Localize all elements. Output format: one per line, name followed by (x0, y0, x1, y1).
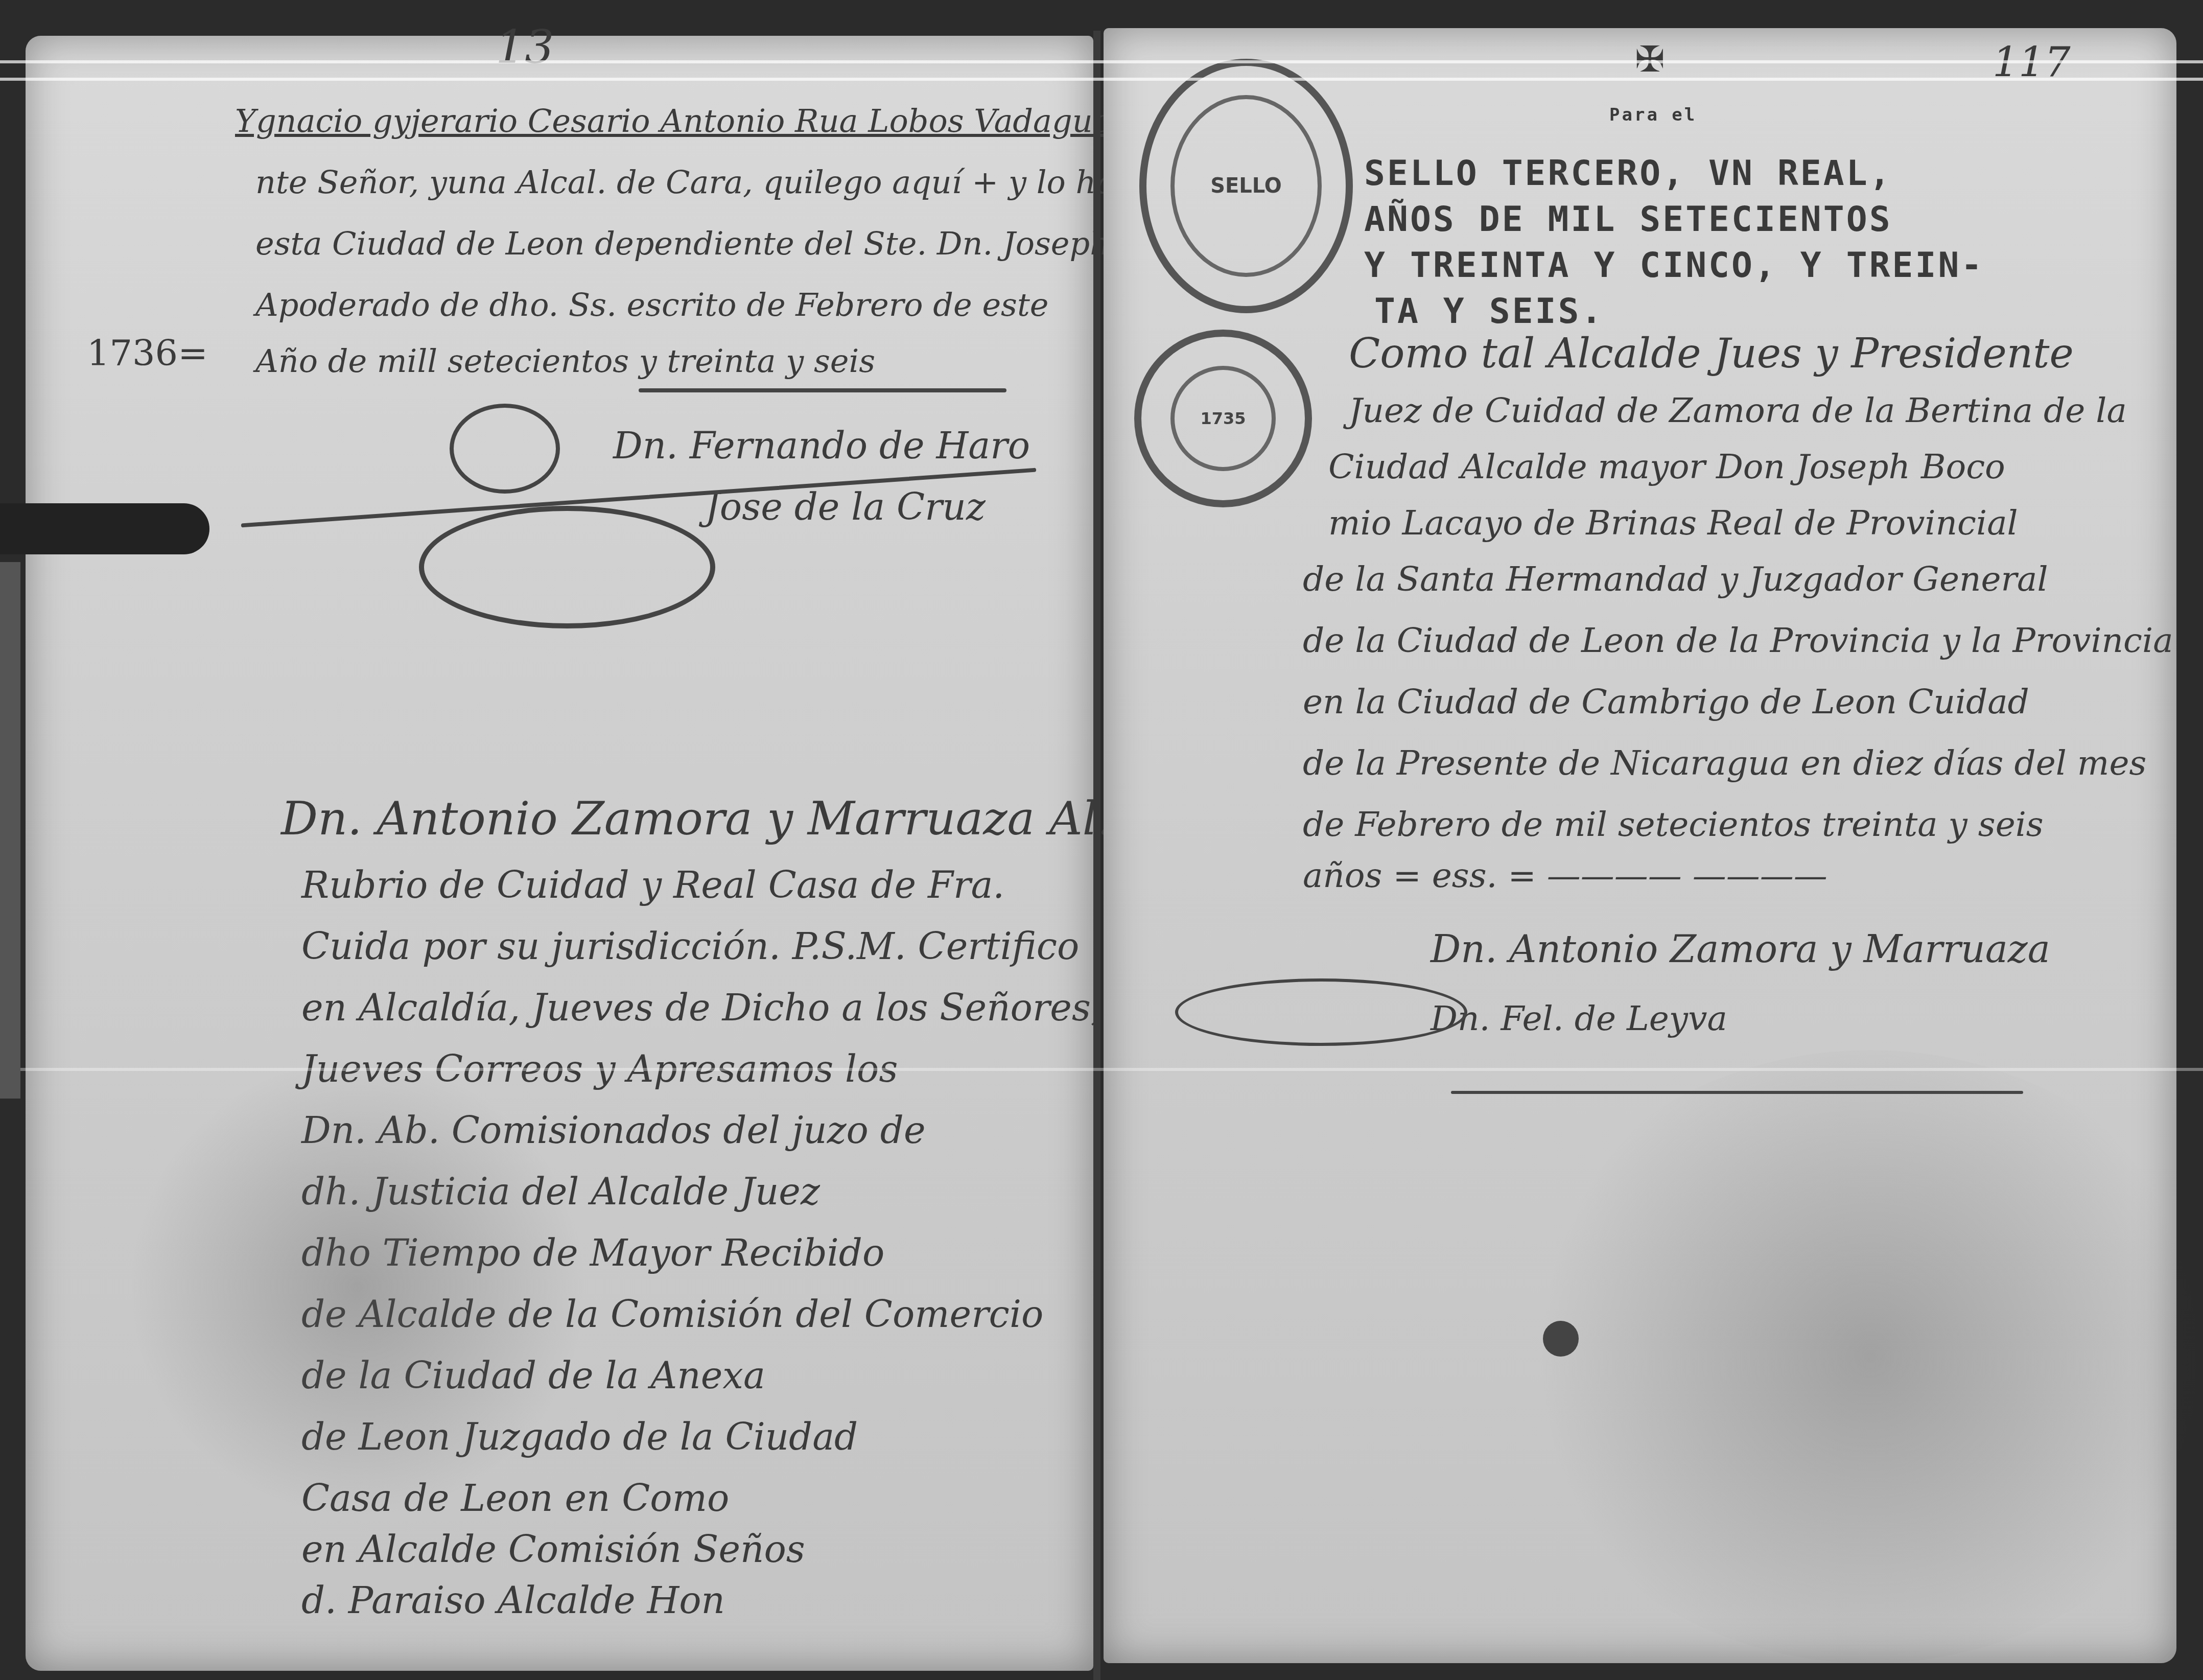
left-top-mark: 13 (496, 20, 554, 74)
right-body-line: de la Presente de Nicaragua en diez días… (1303, 743, 2146, 783)
right-body-line: de la Ciudad de Leon de la Provincia y l… (1303, 621, 2173, 660)
ink-blot (1543, 1321, 1579, 1357)
signature: Dn. Fernando de Haro (613, 424, 1030, 467)
seal-top-text: SELLO (1210, 174, 1282, 198)
left-body-line: d. Paraiso Alcalde Hon (301, 1579, 725, 1622)
left-body-line: Cuida por su jurisdicción. P.S.M. Certif… (301, 925, 1079, 968)
margin-year: 1736= (87, 332, 208, 374)
seal-center-year: 1735 (1200, 409, 1246, 428)
signature-flourish (1175, 978, 1467, 1046)
stamp-seal-top: SELLO (1139, 59, 1353, 313)
stamp-printed-line: SELLO TERCERO, VN REAL, (1364, 153, 1892, 194)
left-body-line: Dn. Antonio Zamora y Marruaza Al. (281, 792, 1112, 846)
left-header-line: Apoderado de dho. Ss. escrito de Febrero… (255, 286, 1049, 323)
right-body-line: años = ess. = ———— ———— (1303, 856, 1827, 895)
left-header-line: Año de mill setecientos y treinta y seis (255, 342, 875, 380)
signature: Dn. Fel. de Leyva (1431, 999, 1727, 1038)
top-cross: ✠ (1635, 38, 1665, 80)
signature-flourish (450, 404, 560, 494)
stamp-small-label: Para el (1609, 105, 1697, 125)
right-body-line: Juez de Cuidad de Zamora de la Bertina d… (1349, 391, 2127, 430)
page-tab-marker (0, 503, 209, 554)
right-body-line: de la Santa Hermandad y Juzgador General (1303, 559, 2048, 599)
stamp-printed-line: AÑOS DE MIL SETECIENTOS (1364, 199, 1892, 240)
right-body-line: Como tal Alcalde Jues y Presidente (1349, 330, 2074, 377)
left-header-line: nte Señor, yuna Alcal. de Cara, quilego … (255, 164, 1185, 201)
left-header-line: esta Ciudad de Leon dependiente del Ste.… (255, 225, 1234, 262)
left-body-line: Rubrio de Cuidad y Real Casa de Fra. (301, 864, 1004, 906)
right-body-line: Ciudad Alcalde mayor Don Joseph Boco (1328, 447, 2005, 486)
right-body-line: en la Ciudad de Cambrigo de Leon Cuidad (1303, 682, 2029, 721)
left-body-line: en Alcaldía, Jueves de Dicho a los Señor… (301, 986, 1103, 1029)
right-body-line: mio Lacayo de Brinas Real de Provincial (1328, 503, 2018, 543)
stamp-seal-lower: 1735 (1134, 330, 1312, 507)
scan-artifact-line (0, 60, 2203, 63)
paper-stain (1512, 1050, 2203, 1663)
left-page: 13 Ygnacio gyjerario Cesario Antonio Rua… (26, 36, 1093, 1671)
right-page: ✠ 117 SELLO Para el SELLO TERCERO, VN RE… (1104, 28, 2176, 1663)
right-body-line: de Febrero de mil setecientos treinta y … (1303, 805, 2044, 844)
paper-stain (128, 1058, 588, 1518)
signature-flourish (419, 506, 715, 628)
book-edge (0, 562, 20, 1099)
scan-artifact-line (0, 78, 2203, 81)
stamp-printed-line: TA Y SEIS. (1374, 291, 1604, 332)
stamp-printed-line: Y TREINTA Y CINCO, Y TREIN- (1364, 245, 1984, 286)
ink-rule (639, 388, 1006, 392)
signature: Dn. Antonio Zamora y Marruaza (1431, 927, 2050, 971)
left-body-line: en Alcalde Comisión Seños (301, 1528, 805, 1571)
binding-gutter (1093, 31, 1100, 1680)
seal-inner: SELLO (1170, 95, 1322, 277)
scan-artifact-line (0, 1068, 2203, 1071)
seal-inner: 1735 (1170, 366, 1276, 471)
